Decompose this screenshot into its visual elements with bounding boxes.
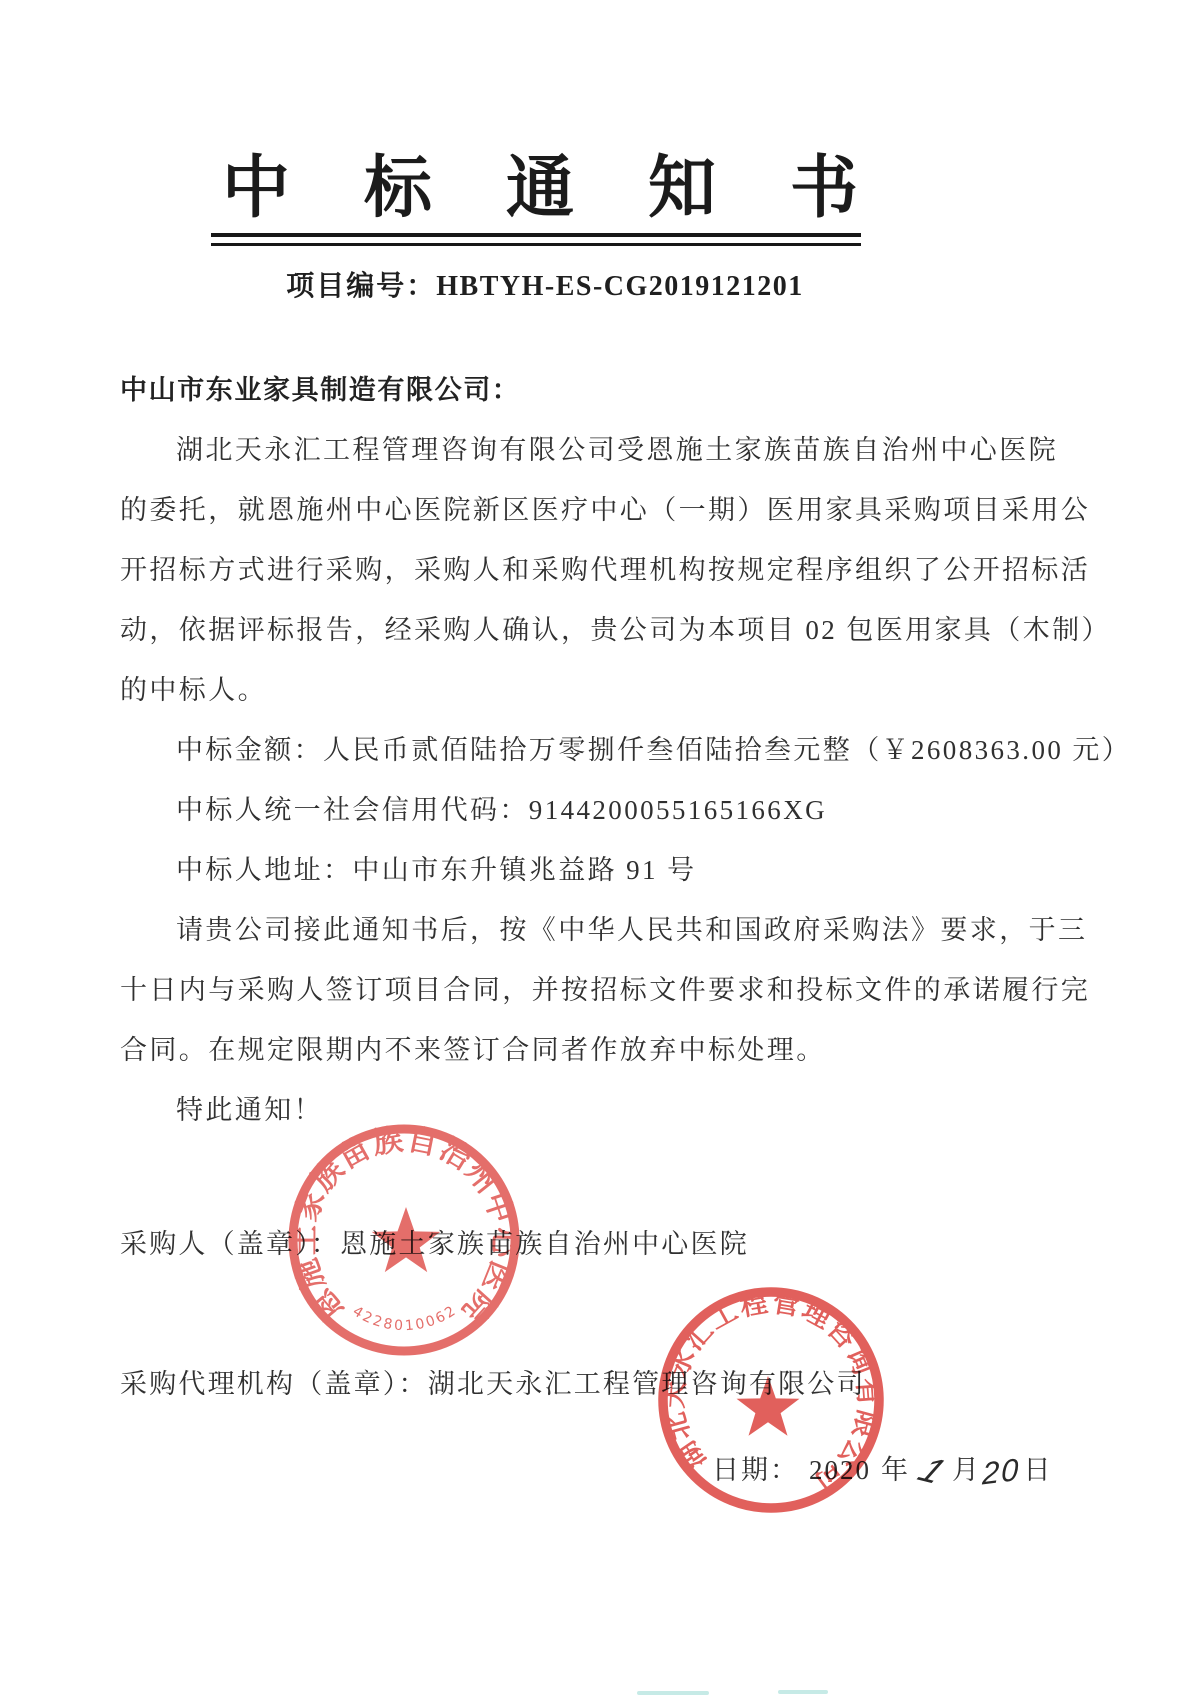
project-number-line: 项目编号：HBTYH-ES-CG2019121201	[150, 264, 940, 304]
agency-name: 湖北天永汇工程管理咨询有限公司	[428, 1369, 866, 1399]
award-notice-document: 中标通知书 项目编号：HBTYH-ES-CG2019121201 中山市东业家具…	[0, 0, 1200, 1697]
scan-artifact	[778, 1690, 828, 1694]
date-year-unit: 年	[881, 1455, 910, 1485]
body-line: 开招标方式进行采购，采购人和采购代理机构按规定程序组织了公开招标活	[120, 540, 1100, 600]
body-line: 十日内与采购人签订项目合同，并按招标文件要求和投标文件的承诺履行完	[120, 960, 1100, 1020]
date-month-unit: 月	[952, 1455, 981, 1485]
title-underline-bottom	[211, 243, 861, 246]
agency-line: 采购代理机构（盖章）：湖北天永汇工程管理咨询有限公司	[120, 1362, 866, 1401]
body-line: 湖北天永汇工程管理咨询有限公司受恩施土家族苗族自治州中心医院	[120, 420, 1100, 480]
document-body: 中山市东业家具制造有限公司： 湖北天永汇工程管理咨询有限公司受恩施土家族苗族自治…	[120, 360, 1100, 1140]
recipient-line: 中山市东业家具制造有限公司：	[120, 360, 1100, 420]
body-line: 动，依据评标报告，经采购人确认，贵公司为本项目 02 包医用家具（木制）	[120, 600, 1100, 660]
body-line: 合同。在规定限期内不来签订合同者作放弃中标处理。	[120, 1020, 1100, 1080]
body-line: 的中标人。	[120, 660, 1100, 720]
body-line: 请贵公司接此通知书后，按《中华人民共和国政府采购法》要求，于三	[120, 900, 1100, 960]
scan-artifact	[637, 1691, 709, 1695]
purchaser-label: 采购人（盖章）：	[120, 1229, 340, 1259]
notice-closing-line: 特此通知！	[120, 1080, 1100, 1140]
body-line: 的委托，就恩施州中心医院新区医疗中心（一期）医用家具采购项目采用公	[120, 480, 1100, 540]
purchaser-line: 采购人（盖章）：恩施土家族苗族自治州中心医院	[120, 1222, 749, 1261]
purchaser-name: 恩施土家族苗族自治州中心医院	[340, 1229, 749, 1259]
agency-label: 采购代理机构（盖章）：	[120, 1369, 428, 1399]
date-day-unit: 日	[1024, 1455, 1053, 1485]
title-underline-top	[211, 233, 861, 237]
document-title: 中标通知书	[222, 150, 932, 226]
date-label: 日期：	[712, 1455, 799, 1485]
date-year: 2020	[809, 1455, 871, 1485]
body-line-address: 中标人地址：中山市东升镇兆益路 91 号	[120, 840, 1100, 900]
date-line: 日期：2020年1月20日	[712, 1448, 1053, 1489]
project-number-label: 项目编号：	[286, 270, 436, 301]
handwritten-day: 20	[982, 1454, 1021, 1490]
project-number-value: HBTYH-ES-CG2019121201	[436, 271, 804, 302]
handwritten-month: 1	[912, 1452, 953, 1489]
body-line-credit-code: 中标人统一社会信用代码：9144200055165166XG	[120, 780, 1100, 840]
body-line-award-amount: 中标金额：人民币贰佰陆拾万零捌仟叁佰陆拾叁元整（￥2608363.00 元）	[120, 720, 1100, 780]
